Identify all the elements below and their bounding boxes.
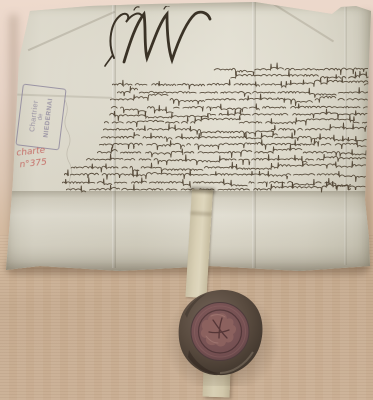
parchment-document: Chartrier de NIEDERNAI charte n°375 — [0, 0, 373, 274]
stamp-text-line: NIEDERNAI — [43, 98, 55, 138]
plica-fold — [0, 191, 373, 271]
wax-seal — [175, 288, 267, 378]
manuscript-initial-flourish — [104, 6, 216, 68]
photo-stage: Chartrier de NIEDERNAI charte n°375 — [0, 0, 373, 400]
pencil-marks — [58, 96, 74, 196]
